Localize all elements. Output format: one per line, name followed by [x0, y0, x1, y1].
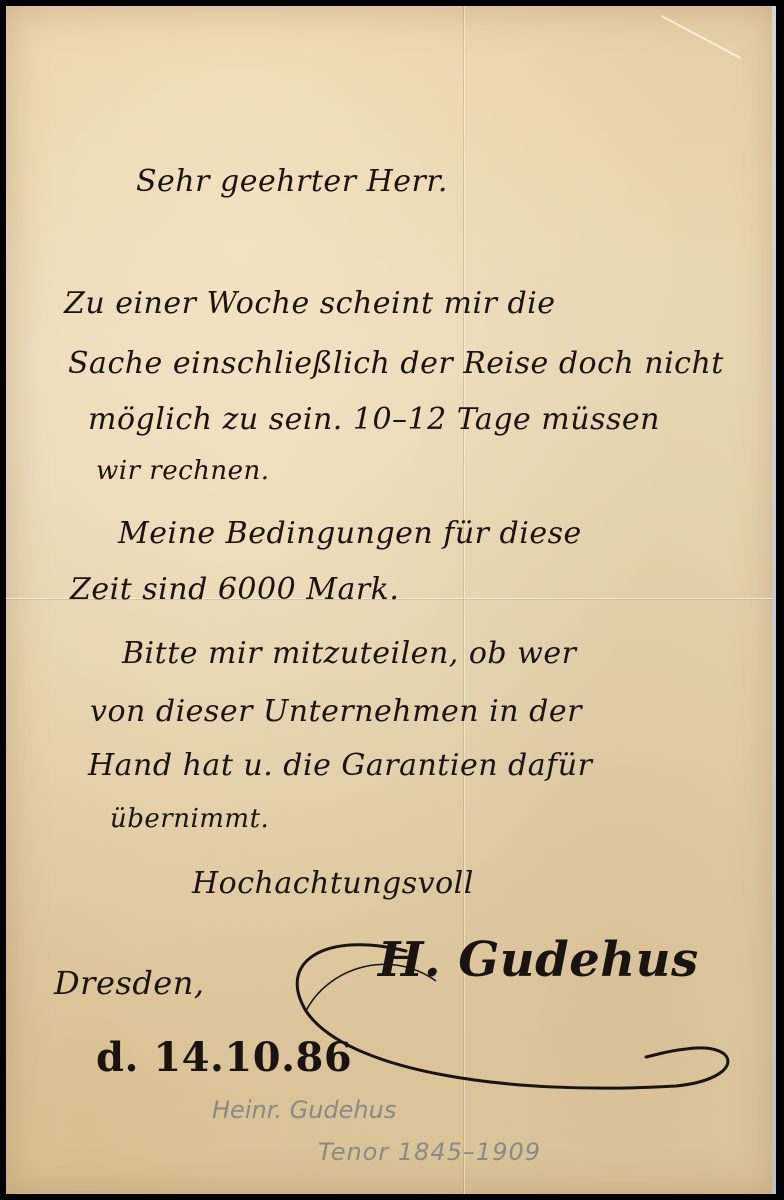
salutation: Sehr geehrter Herr. — [136, 164, 448, 199]
closing: Hochachtungsvoll — [192, 866, 474, 901]
body-line: Meine Bedingungen für diese — [118, 516, 582, 551]
pencil-annotation-name: Heinr. Gudehus — [212, 1096, 396, 1124]
corner-crease — [661, 15, 741, 59]
body-line: wir rechnen. — [96, 456, 270, 486]
place-name: Dresden, — [54, 964, 205, 1002]
body-line: Zu einer Woche scheint mir die — [64, 286, 556, 321]
signature: H. Gudehus — [378, 932, 699, 988]
body-line: möglich zu sein. 10–12 Tage müssen — [88, 402, 660, 437]
body-line: Hand hat u. die Garantien dafür — [88, 748, 592, 783]
body-line: Sache einschließlich der Reise doch nich… — [68, 346, 724, 381]
pencil-annotation-dates: Tenor 1845–1909 — [318, 1138, 541, 1166]
body-line: übernimmt. — [110, 804, 269, 834]
body-line: Bitte mir mitzuteilen, ob wer — [122, 636, 576, 671]
body-line: von dieser Unternehmen in der — [90, 694, 582, 729]
body-line: Zeit sind 6000 Mark. — [70, 572, 399, 607]
letter-paper: Sehr geehrter Herr. Zu einer Woche schei… — [6, 6, 776, 1194]
